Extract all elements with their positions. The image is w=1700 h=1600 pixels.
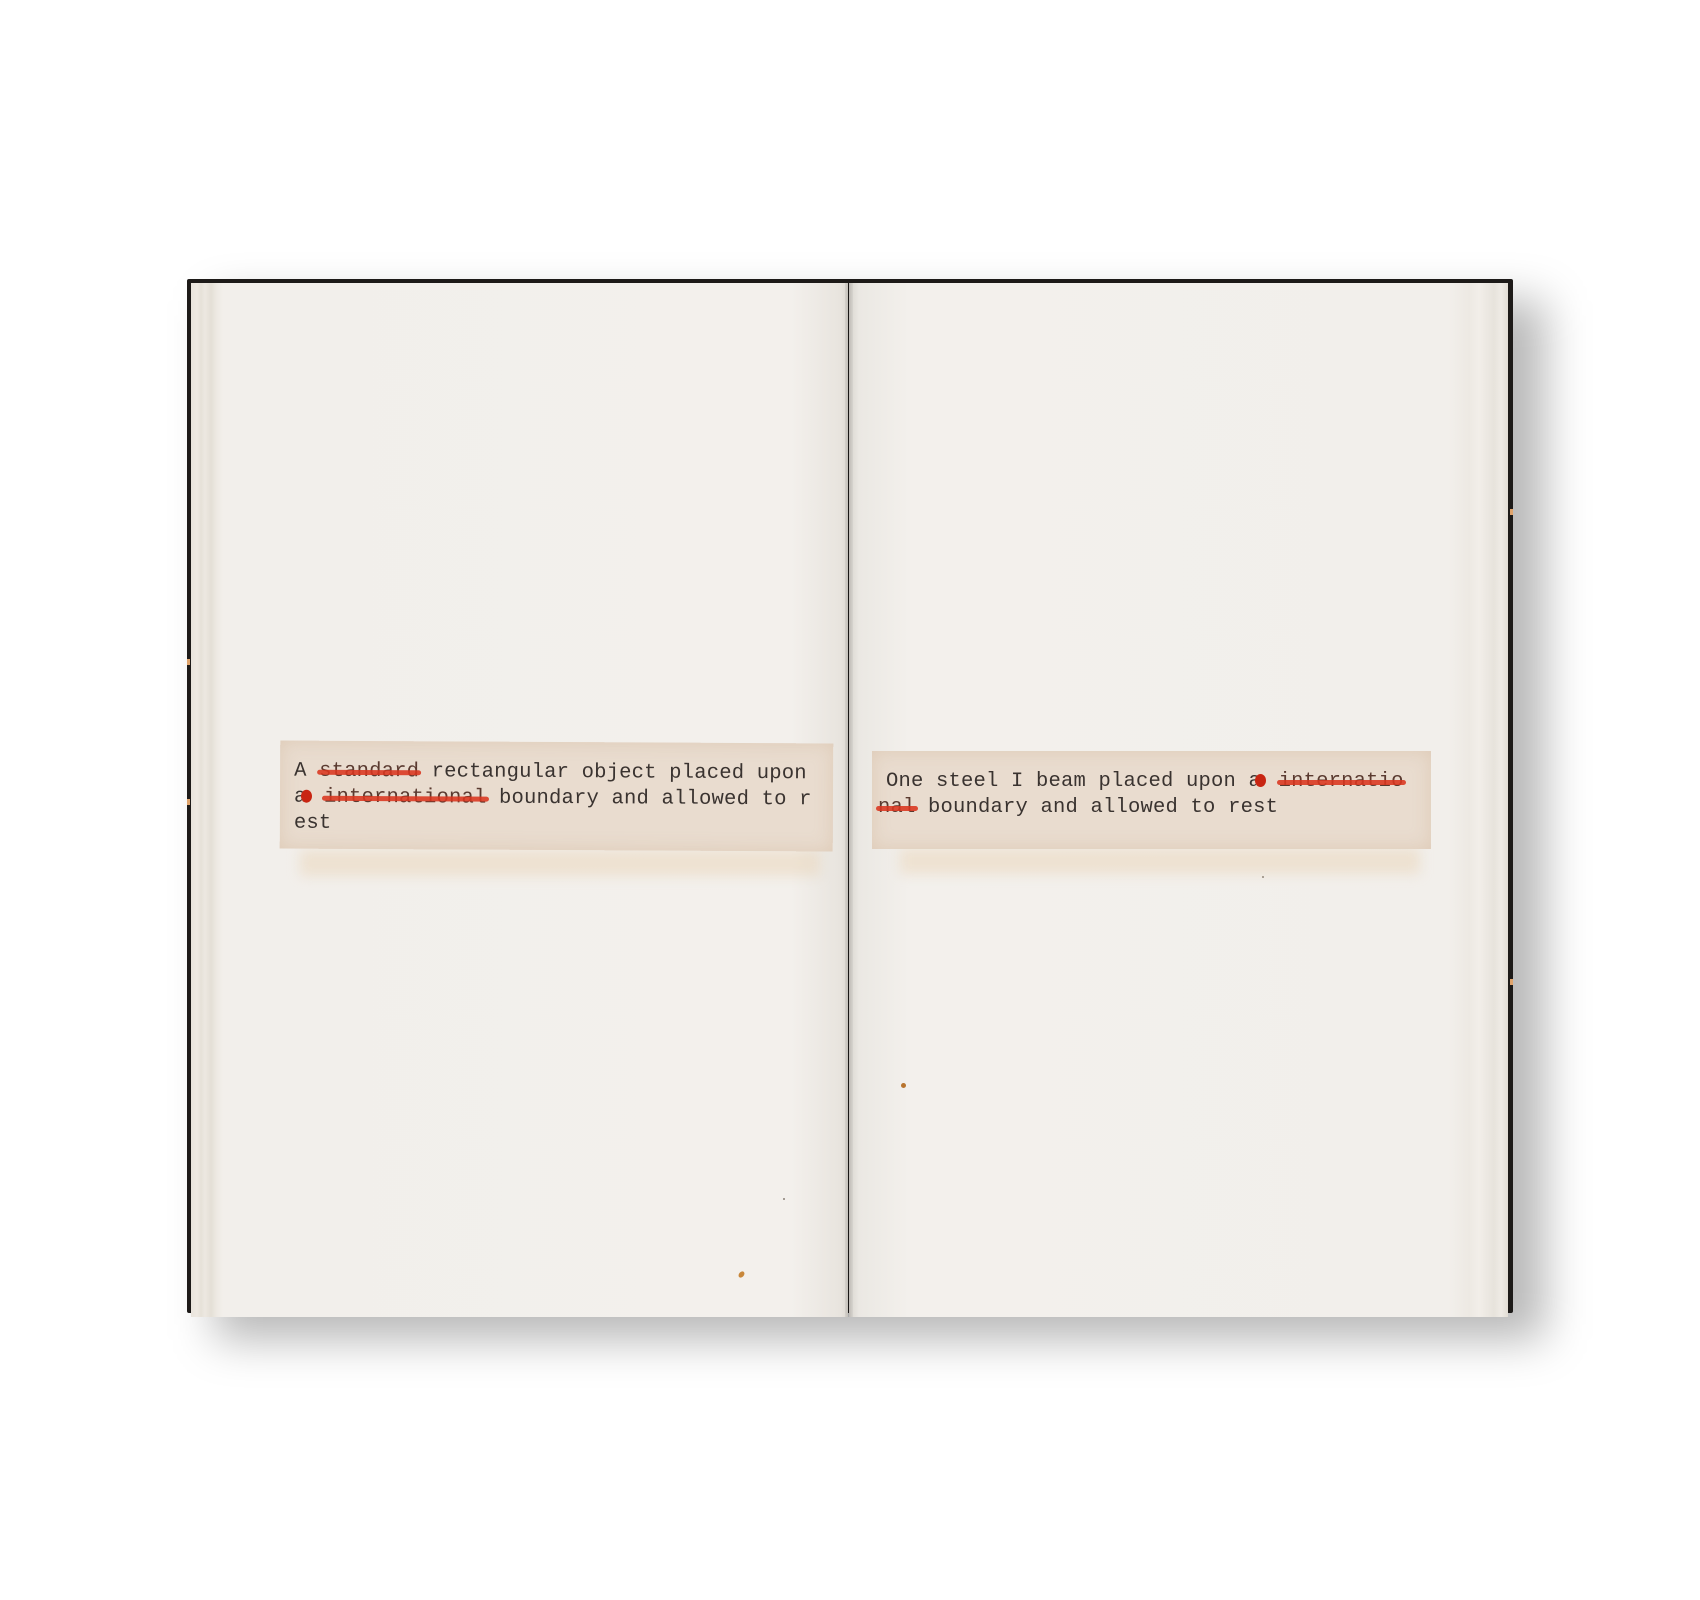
struck-word: standard bbox=[319, 760, 419, 784]
typed-text: est bbox=[294, 812, 332, 835]
strip-line: est bbox=[294, 811, 332, 837]
cover-wear-mark bbox=[187, 659, 190, 665]
correction-blot bbox=[300, 790, 311, 803]
book-gutter bbox=[845, 283, 853, 1317]
typed-text: One steel I beam placed upon a bbox=[886, 770, 1261, 793]
cover-wear-mark bbox=[187, 799, 190, 805]
typed-strip-left: A standard rectangular object placed upo… bbox=[280, 741, 834, 852]
typed-text: boundary and allowed to r bbox=[486, 787, 811, 812]
typed-text: boundary and allowed to rest bbox=[916, 796, 1279, 819]
glue-stain bbox=[300, 850, 820, 876]
struck-word: international bbox=[324, 786, 487, 810]
paper-fleck bbox=[1262, 876, 1264, 878]
paper-fleck bbox=[783, 1198, 785, 1200]
struck-word: nal bbox=[878, 796, 916, 819]
paper-fleck bbox=[737, 1270, 745, 1279]
typed-text: A bbox=[294, 760, 319, 783]
paper-fleck bbox=[901, 1083, 906, 1088]
cover-wear-mark bbox=[1510, 509, 1513, 515]
typed-text: rectangular object placed upon bbox=[419, 760, 807, 785]
strip-line: a international boundary and allowed to … bbox=[294, 785, 812, 814]
typed-strip-right: One steel I beam placed upon a internati… bbox=[872, 751, 1431, 849]
cover-wear-mark bbox=[1510, 979, 1513, 985]
strip-line: nal boundary and allowed to rest bbox=[878, 795, 1278, 821]
strip-line: One steel I beam placed upon a internati… bbox=[886, 769, 1404, 795]
strip-line: A standard rectangular object placed upo… bbox=[294, 759, 807, 788]
correction-blot bbox=[1255, 774, 1266, 787]
struck-word: internatio bbox=[1279, 770, 1404, 793]
glue-stain bbox=[900, 848, 1420, 874]
